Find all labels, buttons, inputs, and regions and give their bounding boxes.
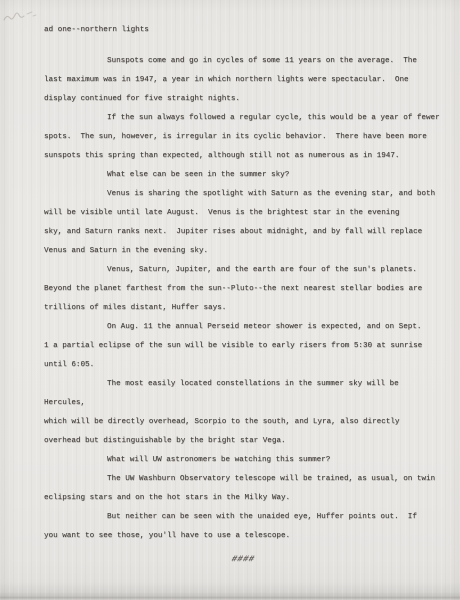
- paragraph: The most easily located constellations i…: [44, 375, 442, 451]
- pencil-scribble-icon: [2, 9, 38, 27]
- paragraph: The UW Washburn Observatory telescope wi…: [44, 470, 442, 508]
- paragraph: If the sun always followed a regular cyc…: [44, 109, 442, 166]
- paragraph: What will UW astronomers be watching thi…: [44, 451, 442, 470]
- paragraph: Sunspots come and go in cycles of some 1…: [44, 52, 442, 109]
- scan-bottom-edge: [0, 592, 460, 600]
- document-body: ad one--northern lights Sunspots come an…: [44, 21, 442, 569]
- paragraph: What else can be seen in the summer sky?: [44, 166, 442, 185]
- slug-line: ad one--northern lights: [44, 21, 442, 40]
- scanned-document-page: ad one--northern lights Sunspots come an…: [0, 0, 460, 600]
- paragraph: Venus is sharing the spotlight with Satu…: [44, 185, 442, 261]
- paragraph: Venus, Saturn, Jupiter, and the earth ar…: [44, 261, 442, 318]
- paragraph: On Aug. 11 the annual Perseid meteor sho…: [44, 318, 442, 375]
- paragraph: But neither can be seen with the unaided…: [44, 508, 442, 546]
- end-mark: ####: [42, 550, 443, 569]
